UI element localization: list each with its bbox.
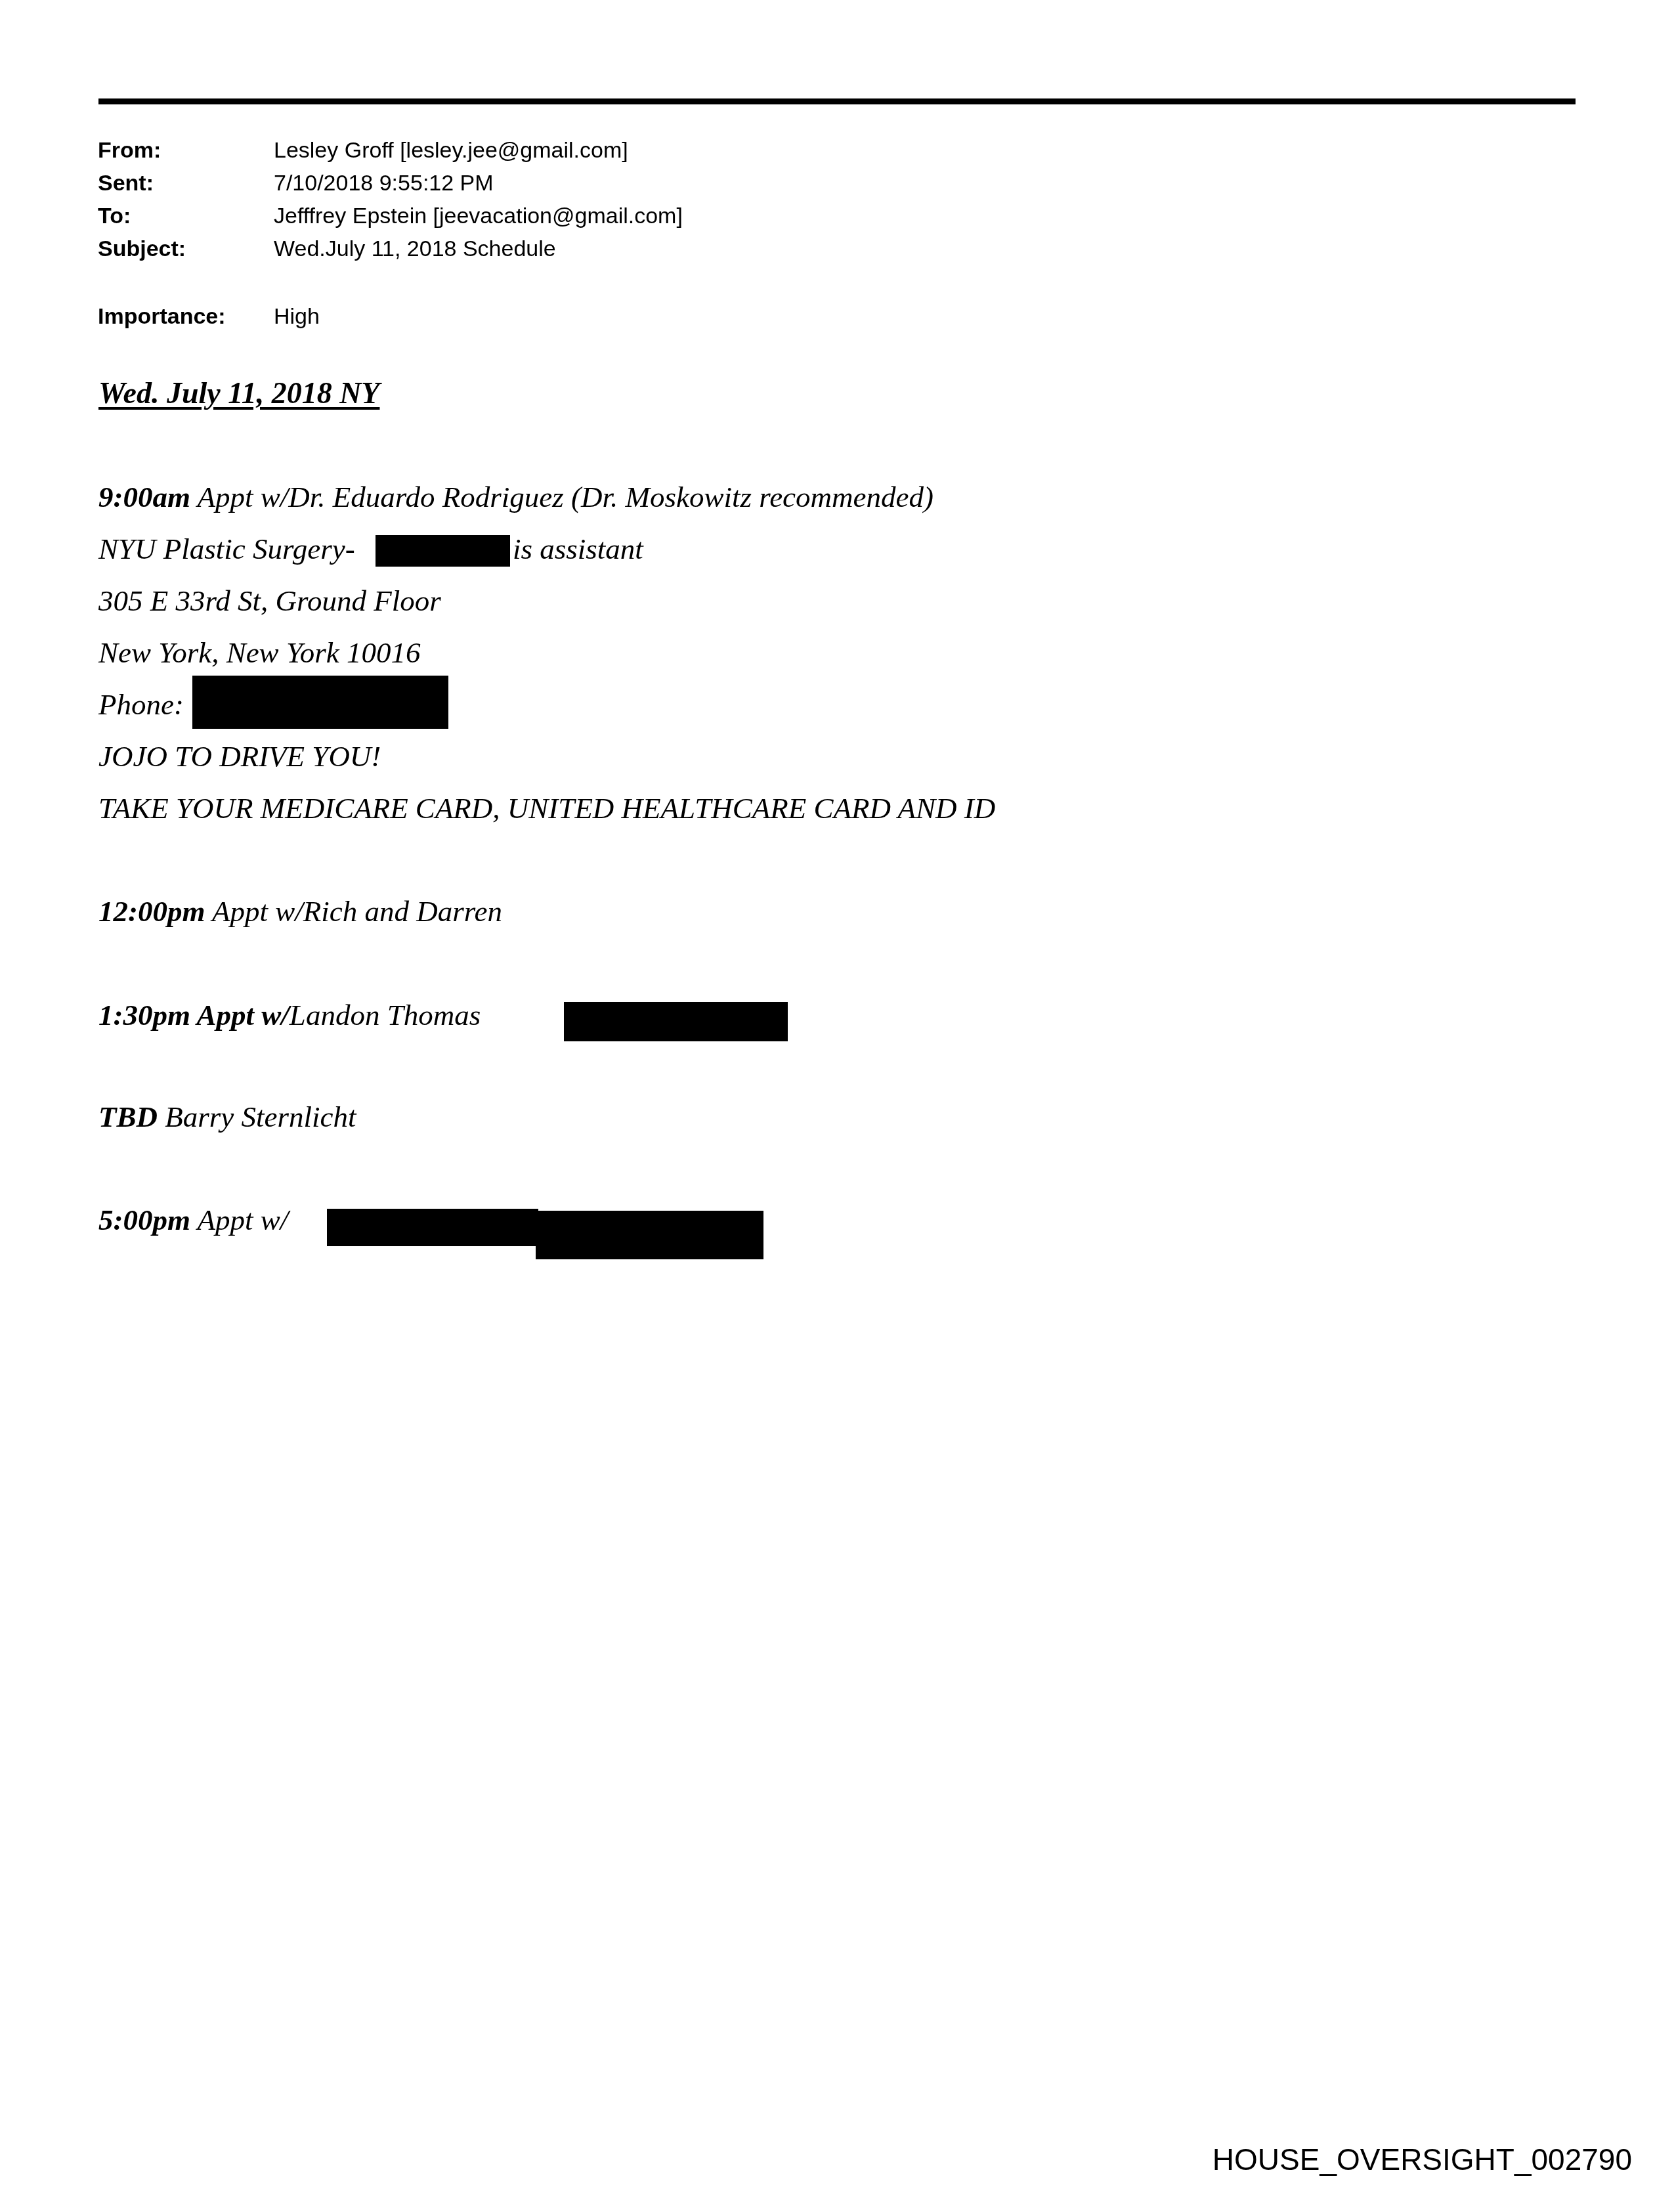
entry-time: TBD [98, 1100, 158, 1133]
entry-text: Appt w/Dr. Eduardo Rodriguez (Dr. Moskow… [190, 481, 934, 513]
redaction-box [376, 535, 510, 567]
entry-1700: 5:00pm Appt w/ [98, 1202, 288, 1238]
from-label: From: [98, 137, 161, 163]
detail-text: JOJO TO DRIVE YOU! [98, 740, 381, 773]
detail-clinic-after: is assistant [513, 531, 643, 567]
detail-clinic: NYU Plastic Surgery- [98, 531, 355, 567]
detail-driver: JOJO TO DRIVE YOU! [98, 739, 381, 774]
entry-text: Appt w/ [190, 1204, 288, 1236]
detail-text: TAKE YOUR MEDICARE CARD, UNITED HEALTHCA… [98, 792, 995, 825]
redaction-box [564, 1002, 788, 1041]
entry-time: 9:00am [98, 481, 190, 513]
sent-value: 7/10/2018 9:55:12 PM [274, 170, 494, 196]
entry-1200: 12:00pm Appt w/Rich and Darren [98, 894, 502, 929]
entry-text: Barry Sternlicht [158, 1100, 356, 1133]
redaction-box [192, 676, 448, 729]
subject-label: Subject: [98, 236, 186, 262]
importance-value: High [274, 303, 320, 330]
detail-address: 305 E 33rd St, Ground Floor [98, 583, 441, 618]
detail-city: New York, New York 10016 [98, 635, 421, 670]
entry-tbd: TBD Barry Sternlicht [98, 1099, 356, 1135]
from-value: Lesley Groff [lesley.jee@gmail.com] [274, 137, 628, 163]
entry-time: 1:30pm Appt w/ [98, 999, 290, 1031]
entry-0900: 9:00am Appt w/Dr. Eduardo Rodriguez (Dr.… [98, 479, 934, 515]
entry-text: Appt w/Rich and Darren [205, 895, 502, 928]
to-label: To: [98, 203, 131, 229]
detail-text: NYU Plastic Surgery- [98, 532, 355, 565]
detail-cards: TAKE YOUR MEDICARE CARD, UNITED HEALTHCA… [98, 791, 995, 826]
detail-text: New York, New York 10016 [98, 636, 421, 669]
importance-label: Importance: [98, 303, 226, 330]
to-value: Jefffrey Epstein [jeevacation@gmail.com] [274, 203, 683, 229]
entry-time: 12:00pm [98, 895, 205, 928]
header-rule [98, 98, 1576, 104]
entry-time: 5:00pm [98, 1204, 190, 1236]
detail-text: 305 E 33rd St, Ground Floor [98, 584, 441, 617]
detail-text: is assistant [513, 532, 643, 565]
redaction-box [327, 1209, 538, 1246]
schedule-heading: Wed. July 11, 2018 NY [98, 376, 379, 411]
detail-text: Phone: [98, 688, 184, 721]
sent-label: Sent: [98, 170, 154, 196]
bates-number: HOUSE_OVERSIGHT_002790 [1213, 2142, 1632, 2177]
document-page: From: Lesley Groff [lesley.jee@gmail.com… [0, 0, 1674, 2212]
subject-value: Wed.July 11, 2018 Schedule [274, 236, 556, 262]
entry-1330: 1:30pm Appt w/Landon Thomas [98, 997, 481, 1033]
detail-phone: Phone: [98, 687, 184, 722]
redaction-box [536, 1211, 763, 1259]
entry-text: Landon Thomas [290, 999, 481, 1031]
